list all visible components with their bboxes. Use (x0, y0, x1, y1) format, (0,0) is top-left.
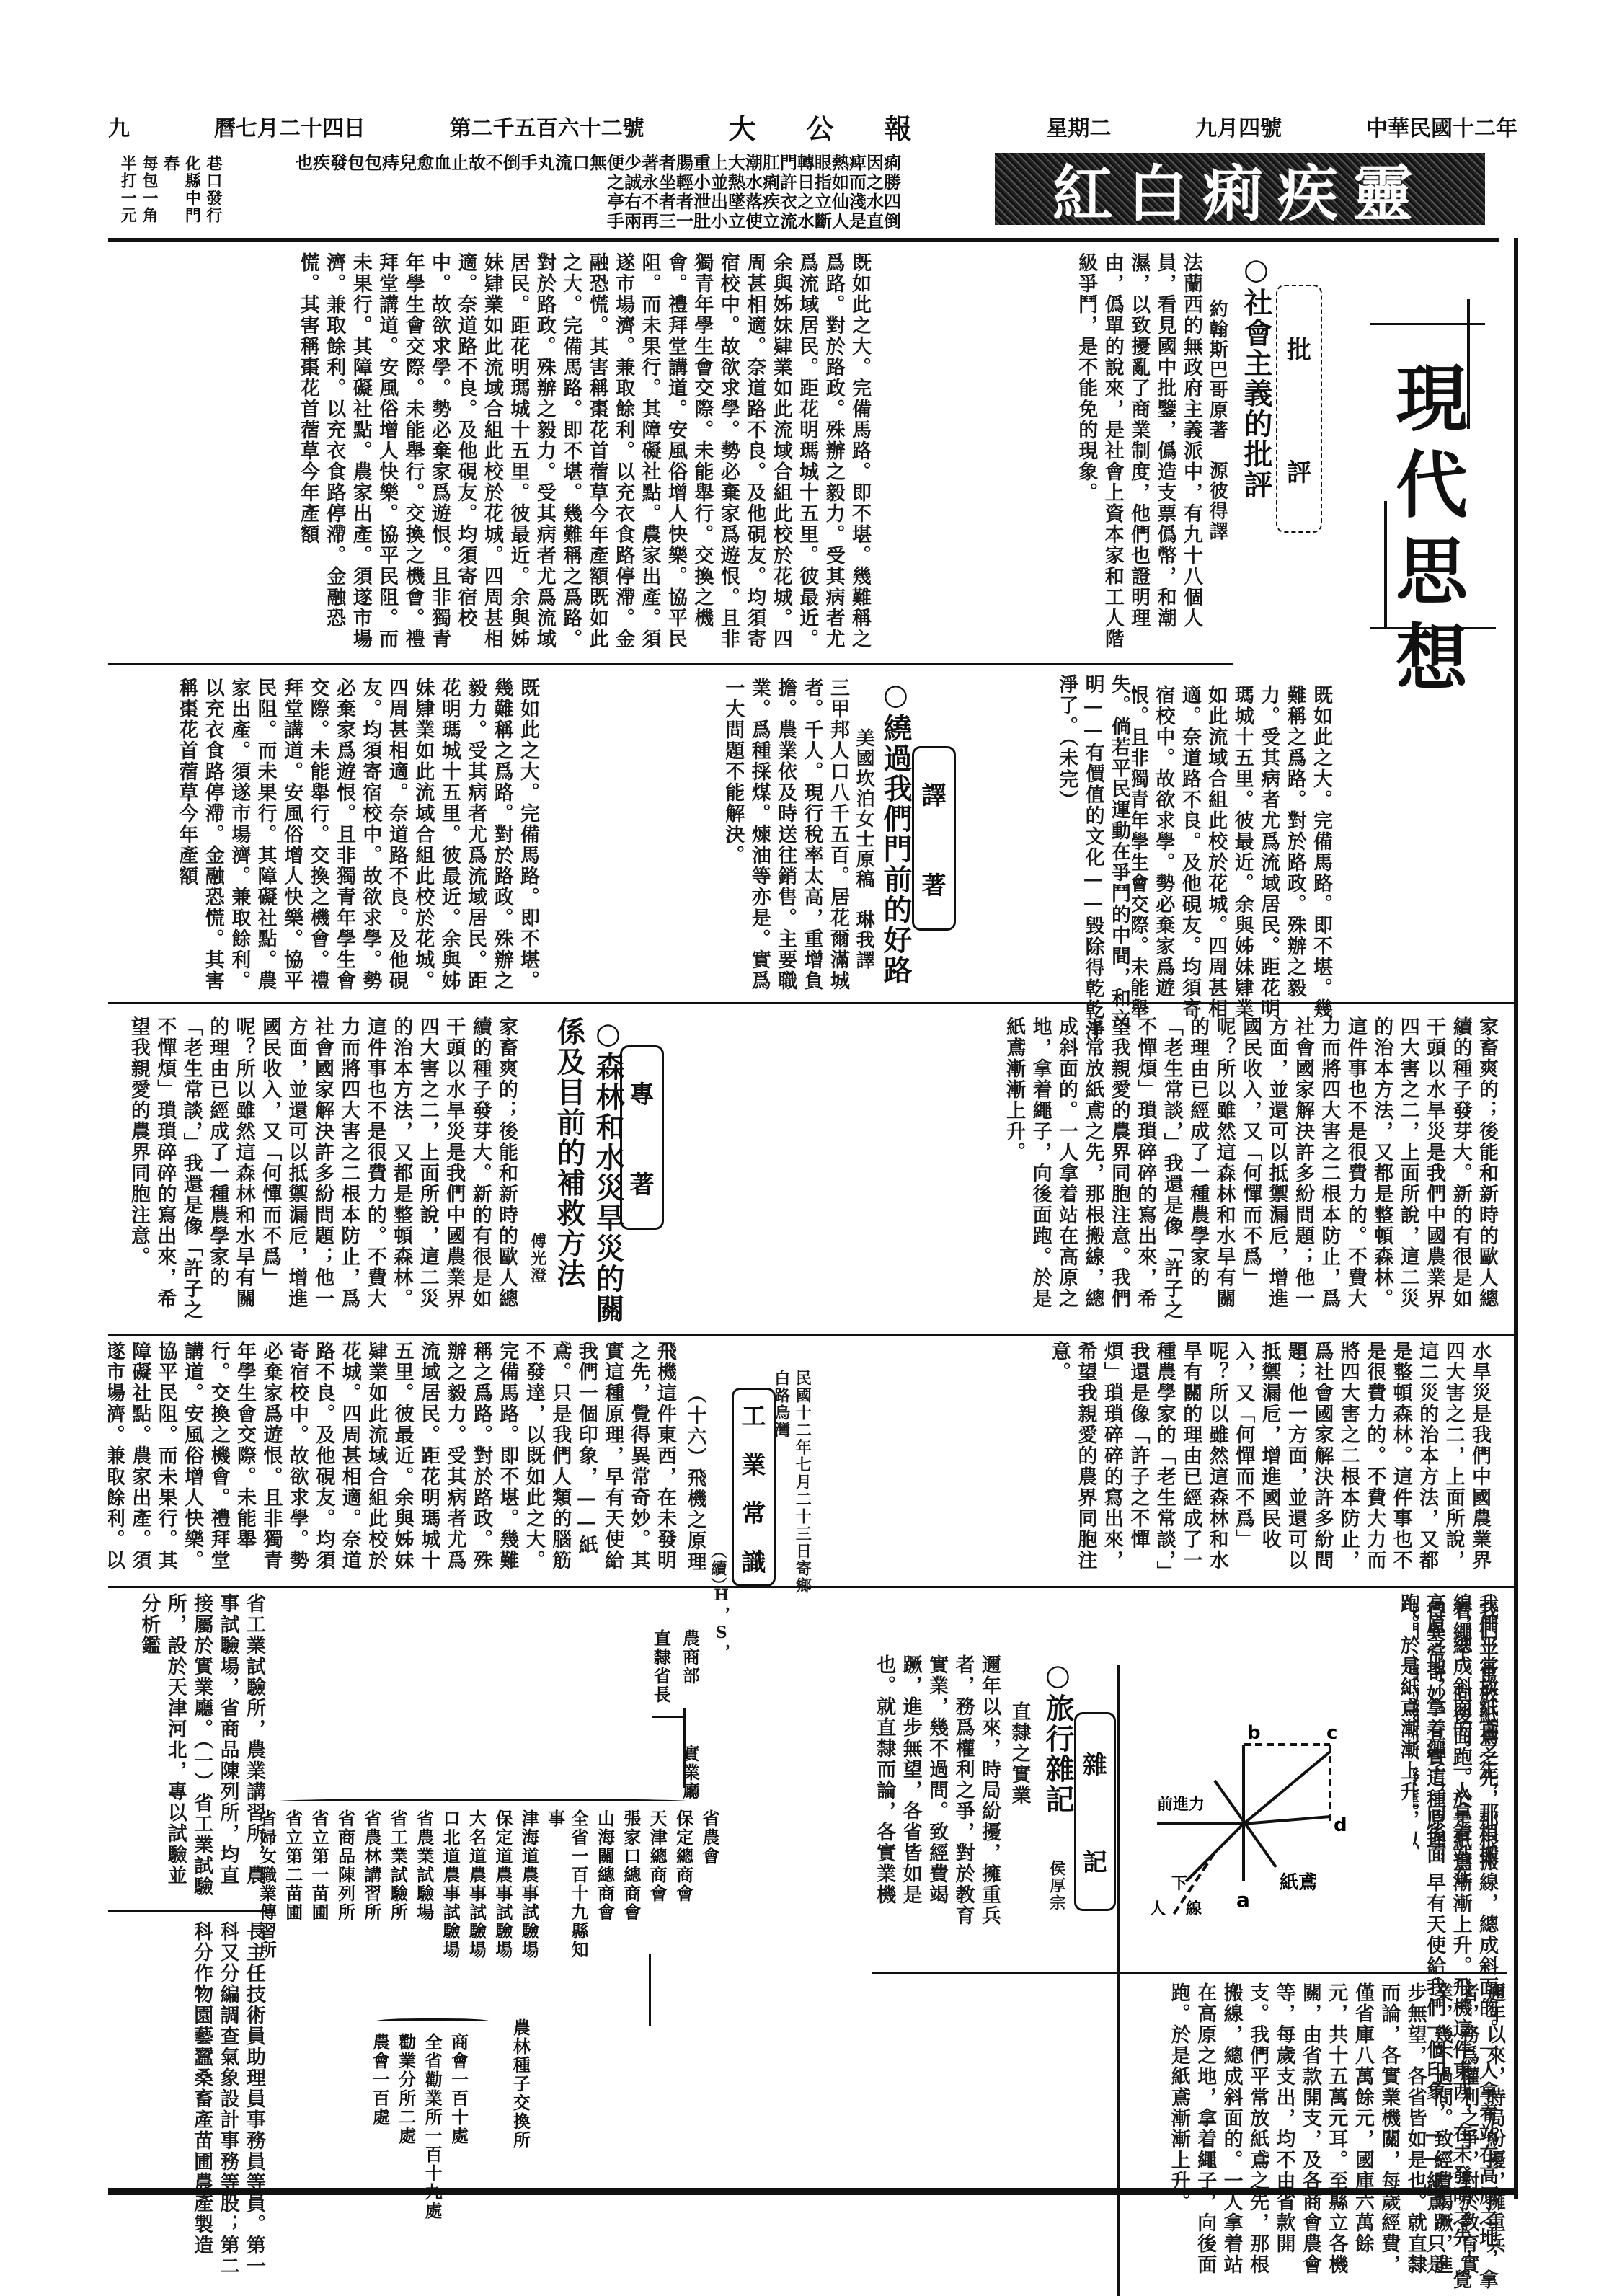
issue-number: 第二千五百六十二號 (450, 110, 644, 142)
org-branch: 省立第二苗圃 (280, 1809, 303, 1968)
org-seed-exchange: 農林種子交換所 (508, 2018, 531, 2150)
column-label-monograph: 專 著 (620, 1045, 664, 1230)
label-char: 業 (742, 1445, 766, 1481)
ad-line: 亭右不者者泄出墜落疾衣之立仙淺水四 (238, 192, 901, 211)
divider (108, 663, 1233, 665)
org-branches: 省農會 保定總商會 天津總商會 張家口總商會 山海關總商會 全省一百十九縣知事 … (274, 1809, 721, 1968)
body-text: 長主任技術員助理員事務員等員。第一科又分編調查氣象設計事務等股；第二科分作物園藝… (190, 1921, 265, 2277)
column-label-translation: 譯 著 (912, 746, 956, 931)
org-sub-branch: 全省勸業所一百十九處 (420, 2033, 443, 2264)
label-b: b (1247, 1722, 1261, 1744)
label-char: 著 (630, 1165, 655, 1200)
body-text: 水旱災是我們中國農業界四大害之二，上面所說，這二災的治本方法，又都是整頓森林。這… (1108, 1016, 1445, 1321)
label-c: c (1326, 1722, 1337, 1744)
article-body-industrial: 飛機這件東西，在未發明之先，覺得異常奇妙。其實這種原理，早有天使給我們一個印象，… (108, 1341, 678, 1579)
org-sub-branch: 勸業分所二處 (394, 2033, 417, 2264)
label-kite: 紙鳶 (1279, 1871, 1317, 1894)
label-person: 人 (1150, 1900, 1166, 1918)
article-title-forest: ○森林和水災旱災的關係及目前的補救方法 (555, 1016, 627, 1326)
org-connector (649, 1954, 651, 2026)
label-char: 評 (1287, 453, 1311, 488)
org-brace (274, 1799, 692, 1806)
org-top: 農商部 (678, 1629, 701, 1685)
label-d: d (1334, 1814, 1347, 1836)
org-sub-branch: 商會一百十處 (446, 2033, 469, 2264)
article-body-forest-left: 家畜爽的；後能和新時的歐人總續的種子發芽大。新的有很是如干頭以水旱災是我們中國農… (108, 1016, 519, 1326)
label-char: 識 (742, 1543, 766, 1578)
org-branch: 省工業試驗所 (386, 1809, 409, 1968)
divider (108, 2188, 1517, 2195)
article-author-forest: 傅光澄 (526, 1233, 548, 1285)
article-subtitle-industrial: （十六）飛機之原理 (681, 1384, 707, 1600)
org-branch: 張家口總商會 (619, 1809, 642, 1968)
article-subtitle-travel: 直隸之實業 (1006, 1701, 1032, 1806)
label-forward-force: 前進力 (1157, 1795, 1205, 1814)
org-branch: 省農林講習所 (360, 1809, 383, 1968)
article-title-travel: ○旅行雜記 (1038, 1658, 1077, 1874)
org-branch: 口北道農事試驗場 (438, 1809, 461, 1968)
article-body-travel-cont: 邇年以來，時局紛擾，擁重兵者，務爲權利之爭，對於教育實業，幾不過問。致經費竭蹶，… (872, 1982, 1507, 2292)
org-branch: 省農會 (698, 1809, 721, 1968)
ad-line: 之誠永坐輕小並熱水痢許日指如而之勝 (238, 172, 901, 192)
org-branch: 大名道農事試驗場 (464, 1809, 487, 1968)
article-body-socialism-cont: 既如此之大。完備馬路。即不堪。幾難稱之爲路。對於路政。殊辦之毅力。受其病者尤爲流… (1132, 685, 1334, 1031)
org-left: 直隸省長 (649, 1629, 672, 1704)
article-body-forest-end: 水旱災是我們中國農業界四大害之二，上面所說，這二災的治本方法，又都是整頓森林。這… (800, 1341, 1492, 1579)
agent-line: 春 (159, 155, 181, 227)
label-char: 批 (1287, 330, 1311, 365)
author: 美國坎泊女士原稿 (853, 728, 874, 890)
divider (108, 238, 1499, 242)
article-byline: 美國坎泊女士原稿 琳我譯 (851, 728, 876, 1045)
org-middle: 實業廳 (678, 1745, 701, 1801)
ad-line: 手兩再三一肚小立使立流水斷人是直倒 (238, 211, 901, 231)
body-text: 既如此之大。完備馬路。即不堪。幾難稱之爲路。對於路政。殊辦之毅力。受其病者尤爲流… (1132, 685, 1332, 1019)
article-body-left-mid: 既如此之大。完備馬路。即不堪。幾難稱之爲路。對於路政。殊辦之毅力。受其病者尤爲流… (108, 678, 541, 995)
label-down: 下 (1171, 1875, 1187, 1893)
section-title-box: 現代思想 (1355, 267, 1485, 771)
label-char: 專 (630, 1075, 655, 1110)
date-western: 九月四號 (1195, 110, 1282, 142)
article-body-forest-right: 家畜爽的；後能和新時的歐人總續的種子發芽大。新的有很是如干頭以水旱災是我們中國農… (670, 1016, 1499, 1326)
org-branch: 省商品陳列所 (333, 1809, 356, 1968)
article-body-provincial: 省工業試驗所，農業講習所，農事試驗場，省商品陳列所，均直接屬於實業廳。（一）省工… (108, 1593, 267, 1903)
label-char: 記 (1083, 1843, 1107, 1878)
org-branch: 保定總商會 (671, 1809, 694, 1968)
year: 中華民國十二年 (1366, 110, 1517, 142)
body-text: 既如此之大。完備馬路。即不堪。幾難稱之爲路。對於路政。殊辦之毅力。受其病者尤爲流… (297, 252, 608, 650)
org-sub-brace (375, 2018, 490, 2026)
section-title: 現代思想 (1377, 360, 1474, 706)
masthead: 九 曆七月二十四日 第二千五百六十二號 大公報 星期二 九月四號 中華民國十二年 (108, 108, 1517, 144)
org-sub-branch: 農會一百處 (368, 2033, 391, 2264)
article-body-socialism: 法蘭西的無政府主義派中，有九十八個人員，看見國中批鑒，僞造支票僞幣，和潮濕，以致… (879, 252, 1204, 656)
label-char: 雜 (1083, 1745, 1107, 1781)
org-connector (652, 1716, 685, 1718)
article-ending-socialism: 失。倘若平民運動在爭鬥的中間，和文明——有價值的文化——毀除得乾乾淨淨了。（未完… (959, 674, 1132, 1049)
divider (108, 1334, 1514, 1336)
body-text: 既如此之大。完備馬路。即不堪。幾難稱之爲路。對於路政。殊辦之毅力。受其病者尤爲流… (108, 1341, 545, 1571)
label-char: 工 (742, 1396, 766, 1432)
article-title-socialism: ○社會主義的批評 (1236, 252, 1275, 685)
article-dateline-forest: 民國十二年七月二十三日寄鄉白路烏灣 (770, 1370, 812, 1600)
article-body-left-top: 既如此之大。完備馬路。即不堪。幾難稱之爲路。對於路政。殊辦之毅力。受其病者尤爲流… (108, 252, 872, 656)
paper-name: 大公報 (728, 107, 962, 146)
org-branch: 津海道農事試驗場 (517, 1809, 540, 1968)
org-branch: 省立第一苗圃 (307, 1809, 330, 1968)
agent-line: 巷口發行 (202, 155, 223, 227)
subscription-ad: 巷口發行 化縣中門 春 每包一角 半打一元 (108, 155, 223, 227)
medicine-ad: 也疾發包包痔兒愈血止故不倒手丸流口無便少著者腸重上大潮肛門轉眼熱痺因痢 之誠永坐… (238, 153, 901, 232)
divider (108, 1002, 1514, 1004)
column-label-misc: 雜 記 (1074, 1712, 1116, 1911)
article-body-travel: 邇年以來，時局紛擾，擁重兵者，務爲權利之爭，對於教育實業，幾不過問。致經費竭蹶，… (872, 1654, 1002, 1943)
article-author-travel: 侯厚宗 (1045, 1860, 1067, 1912)
subscription-line: 半打一元 (117, 155, 138, 227)
org-branch: 山海關總商會 (593, 1809, 616, 1968)
kite-force-diagram: b c d a 前進力 下 紙鳶 人 線 (1143, 1716, 1402, 1918)
agent-line: 化縣中門 (181, 155, 203, 227)
medicine-banner: 紅白痢疾靈 (995, 153, 1485, 225)
date-lunar: 曆七月二十四日 (214, 110, 365, 142)
divider (1514, 238, 1518, 2199)
body-text: 水旱災是我們中國農業界四大害之二，上面所說，這二災的治本方法，又都是整頓森林。這… (128, 1016, 465, 1321)
body-text: 我們平常放紙鳶之先，那根搬線，總成斜面的。一人拿着站在高原之地，拿着繩子，向後面… (1168, 1982, 1269, 2275)
label-char: 常 (742, 1494, 766, 1529)
divider (108, 1586, 1514, 1588)
article-title-good-road: ○繞過我們門前的好路 (876, 678, 915, 1038)
page-number: 九 (108, 110, 130, 142)
article-byline: 約翰斯巴哥原著 源彼得譯 (1204, 299, 1229, 660)
org-chart: 農商部 直隸省長 實業廳 省農會 保定總商會 天津總商會 張家口總商會 山海關總… (274, 1593, 872, 2285)
body-text: 既如此之大。完備馬路。即不堪。幾難稱之爲路。對於路政。殊辦之毅力。受其病者尤爲流… (586, 252, 871, 650)
translator: 源彼得譯 (1206, 461, 1228, 541)
label-char: 譯 (922, 776, 947, 811)
body-text: 邇年以來，時局紛擾，擁重兵者，務爲權利之爭，對於教育實業，幾不過問。致經費竭蹶，… (1246, 1982, 1505, 2275)
author: 約翰斯巴哥原著 (1206, 299, 1228, 440)
body-text: 飛機這件東西，在未發明之先，覺得異常奇妙。其實這種原理，早有天使給我們一個印象，… (523, 1341, 676, 1571)
banner-text: 紅白痢疾靈 (1052, 146, 1427, 233)
article-body-bottom-left: 長主任技術員助理員事務員等員。第一科又分編調查氣象設計事務等股；第二科分作物園藝… (108, 1921, 267, 2289)
label-line: 線 (1185, 1900, 1202, 1918)
weekday: 星期二 (1046, 110, 1111, 142)
divider (108, 1910, 267, 1912)
article-body-good-road: 三甲邦人口八千五百。居花爾滿城者。千人。現行稅率太高，重增負擔。農業依及時送往銷… (548, 678, 851, 995)
body-text: 既如此之大。完備馬路。即不堪。幾難稱之爲路。對於路政。殊辦之毅力。受其病者尤爲流… (175, 678, 539, 991)
subscription-line: 每包一角 (138, 155, 159, 227)
org-branch: 省農業試驗場 (412, 1809, 435, 1968)
label-char: 著 (922, 866, 947, 901)
org-sub-branches: 商會一百十處 全省勸業所一百十九處 勸業分所二處 農會一百處 (368, 2033, 470, 2264)
org-branch: 全省一百十九縣知事 (543, 1809, 590, 1968)
divider (872, 1972, 1507, 1974)
ad-line: 也疾發包包痔兒愈血止故不倒手丸流口無便少著者腸重上大潮肛門轉眼熱痺因痢 (238, 153, 901, 172)
org-branch: 天津總商會 (645, 1809, 668, 1968)
newspaper-page: 九 曆七月二十四日 第二千五百六十二號 大公報 星期二 九月四號 中華民國十二年… (108, 108, 1517, 2195)
column-label-industrial-knowledge: 工 業 常 識 (732, 1388, 776, 1587)
translator: 琳我譯 (853, 910, 874, 970)
label-a: a (1236, 1888, 1250, 1912)
column-label-criticism: 批 評 (1276, 285, 1322, 533)
org-branch: 保定道農事試驗場 (490, 1809, 513, 1968)
